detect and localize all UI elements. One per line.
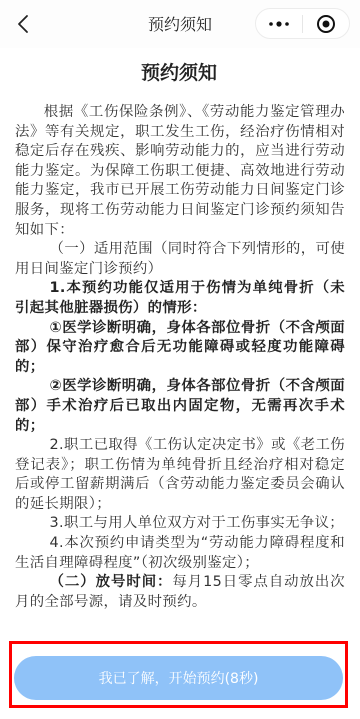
start-appointment-button[interactable]: 我已了解，开始预约(8秒)	[14, 656, 343, 700]
condition-2: 2.职工已取得《工伤认定决定书》或《老工伤登记表》；职工伤情为单纯骨折且经治疗相…	[15, 436, 345, 514]
notice-content: 预约须知 根据《工伤保险条例》、《劳动能力鉴定管理办法》等有关规定，职工发生工伤…	[15, 58, 345, 612]
intro-paragraph: 根据《工伤保险条例》、《劳动能力鉴定管理办法》等有关规定，职工发生工伤，经治疗伤…	[15, 103, 345, 240]
release-time-paragraph: （二）放号时间：每月15日零点自动放出次月的全部号源，请及时预约。	[15, 573, 345, 612]
release-time-label: （二）放号时间：	[50, 574, 173, 590]
back-button[interactable]	[8, 8, 38, 40]
condition-1-item-1: ①医学诊断明确，身体各部位骨折（不含颅面部）保守治疗愈合后无功能障碍或轻度功能障…	[15, 319, 345, 378]
document-title: 预约须知	[13, 58, 345, 88]
scope-heading: （一）适用范围（同时符合下列情形的，可使用日间鉴定门诊预约）	[15, 240, 345, 279]
condition-1-item-2: ②医学诊断明确，身体各部位骨折（不含颅面部）手术治疗后已取出内固定物，无需再次手…	[15, 377, 345, 436]
mini-program-capsule	[255, 8, 350, 39]
condition-1: 1.本预约功能仅适用于伤情为单纯骨折（未引起其他脏器损伤）的情形：	[15, 279, 345, 318]
more-dots-icon	[268, 20, 290, 28]
chevron-left-icon	[17, 14, 29, 34]
target-circle-icon	[316, 14, 336, 34]
close-miniprogram-button[interactable]	[303, 9, 349, 38]
condition-4: 4.本次预约申请类型为“劳动能力障碍程度和生活自理障碍程度”（初次级别鉴定）；	[15, 534, 345, 573]
more-button[interactable]	[256, 9, 302, 38]
navigation-bar: 预约须知	[0, 0, 360, 48]
condition-3: 3.职工与用人单位双方对于工伤事实无争议；	[15, 514, 345, 534]
